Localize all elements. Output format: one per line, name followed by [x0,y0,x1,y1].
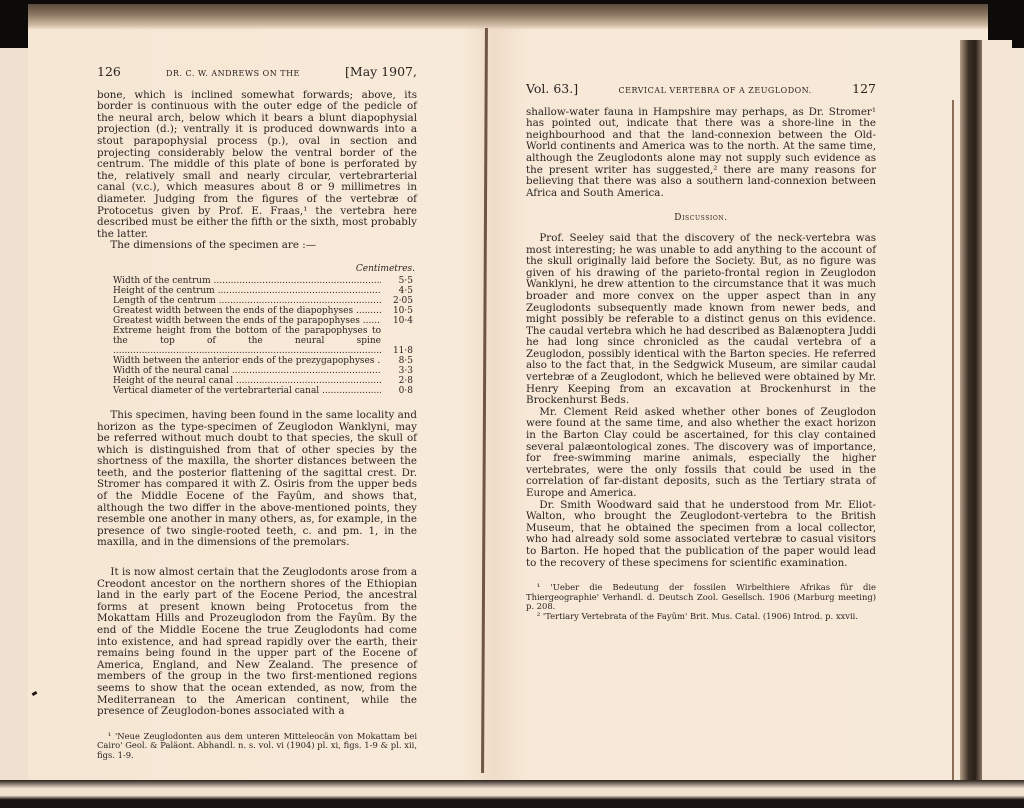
dimensions-intro: The dimensions of the specimen are :— [97,240,417,252]
table-row: Greatest width between the ends of the d… [113,306,417,316]
page-number: 126 [97,66,121,78]
discussion-paragraph: Dr. Smith Woodward said that he understo… [526,500,876,570]
footnote: ² 'Tertiary Vertebrata of the Fayûm' Bri… [526,612,876,622]
right-page-edges [982,40,1012,788]
table-row: Width between the anterior ends of the p… [113,356,417,366]
volume-number: Vol. 63.] [526,83,578,95]
left-page: 126 DR. C. W. ANDREWS ON THE [May 1907, … [97,66,417,761]
table-row: Vertical diameter of the vertebrarterial… [113,386,417,396]
top-edge-shadow [28,4,988,30]
issue-date: [May 1907, [345,66,417,78]
page-number: 127 [852,83,876,95]
table-row: Height of the centrum4·5 [113,286,417,296]
right-running-head: Vol. 63.] CERVICAL VERTEBRA OF A ZEUGLOD… [526,83,876,97]
table-row: Width of the centrum5·5 [113,276,417,286]
table-row: Greatest width between the ends of the p… [113,316,417,326]
footnote: ¹ 'Ueber die Bedeutung der fossilen Wirb… [526,583,876,612]
paragraph-spacer [97,549,417,567]
body-paragraph: bone, which is inclined somewhat forward… [97,90,417,241]
table-row: Extreme height from the bottom of the pa… [113,326,417,356]
table-row: Height of the neural canal2·8 [113,376,417,386]
dimensions-table: Centimetres. Width of the centrum5·5 Hei… [113,264,417,396]
table-row: Length of the centrum2·05 [113,296,417,306]
body-paragraph: This specimen, having been found in the … [97,410,417,549]
table-row: Width of the neural canal3·3 [113,366,417,376]
body-paragraph: It is now almost certain that the Zeuglo… [97,567,417,718]
section-heading: Discussion. [526,213,876,225]
footnotes: ¹ 'Neue Zeuglodonten aus dem unteren Mit… [97,732,417,761]
right-fold-line [952,100,954,780]
left-page-edges [0,48,31,788]
bottom-page-edges [0,780,1024,808]
right-edge-shadow [960,40,982,785]
footnotes: ¹ 'Ueber die Bedeutung der fossilen Wirb… [526,583,876,621]
discussion-paragraph: Mr. Clement Reid asked whether other bon… [526,407,876,500]
right-page: Vol. 63.] CERVICAL VERTEBRA OF A ZEUGLOD… [526,83,876,622]
running-title: DR. C. W. ANDREWS ON THE [166,68,300,80]
running-title: CERVICAL VERTEBRA OF A ZEUGLODON. [619,85,812,97]
footnote: ¹ 'Neue Zeuglodonten aus dem unteren Mit… [97,732,417,761]
dimensions-unit-header: Centimetres. [113,264,417,274]
body-paragraph: shallow-water fauna in Hampshire may per… [526,107,876,200]
discussion-paragraph: Prof. Seeley said that the discovery of … [526,233,876,407]
left-running-head: 126 DR. C. W. ANDREWS ON THE [May 1907, [97,66,417,80]
